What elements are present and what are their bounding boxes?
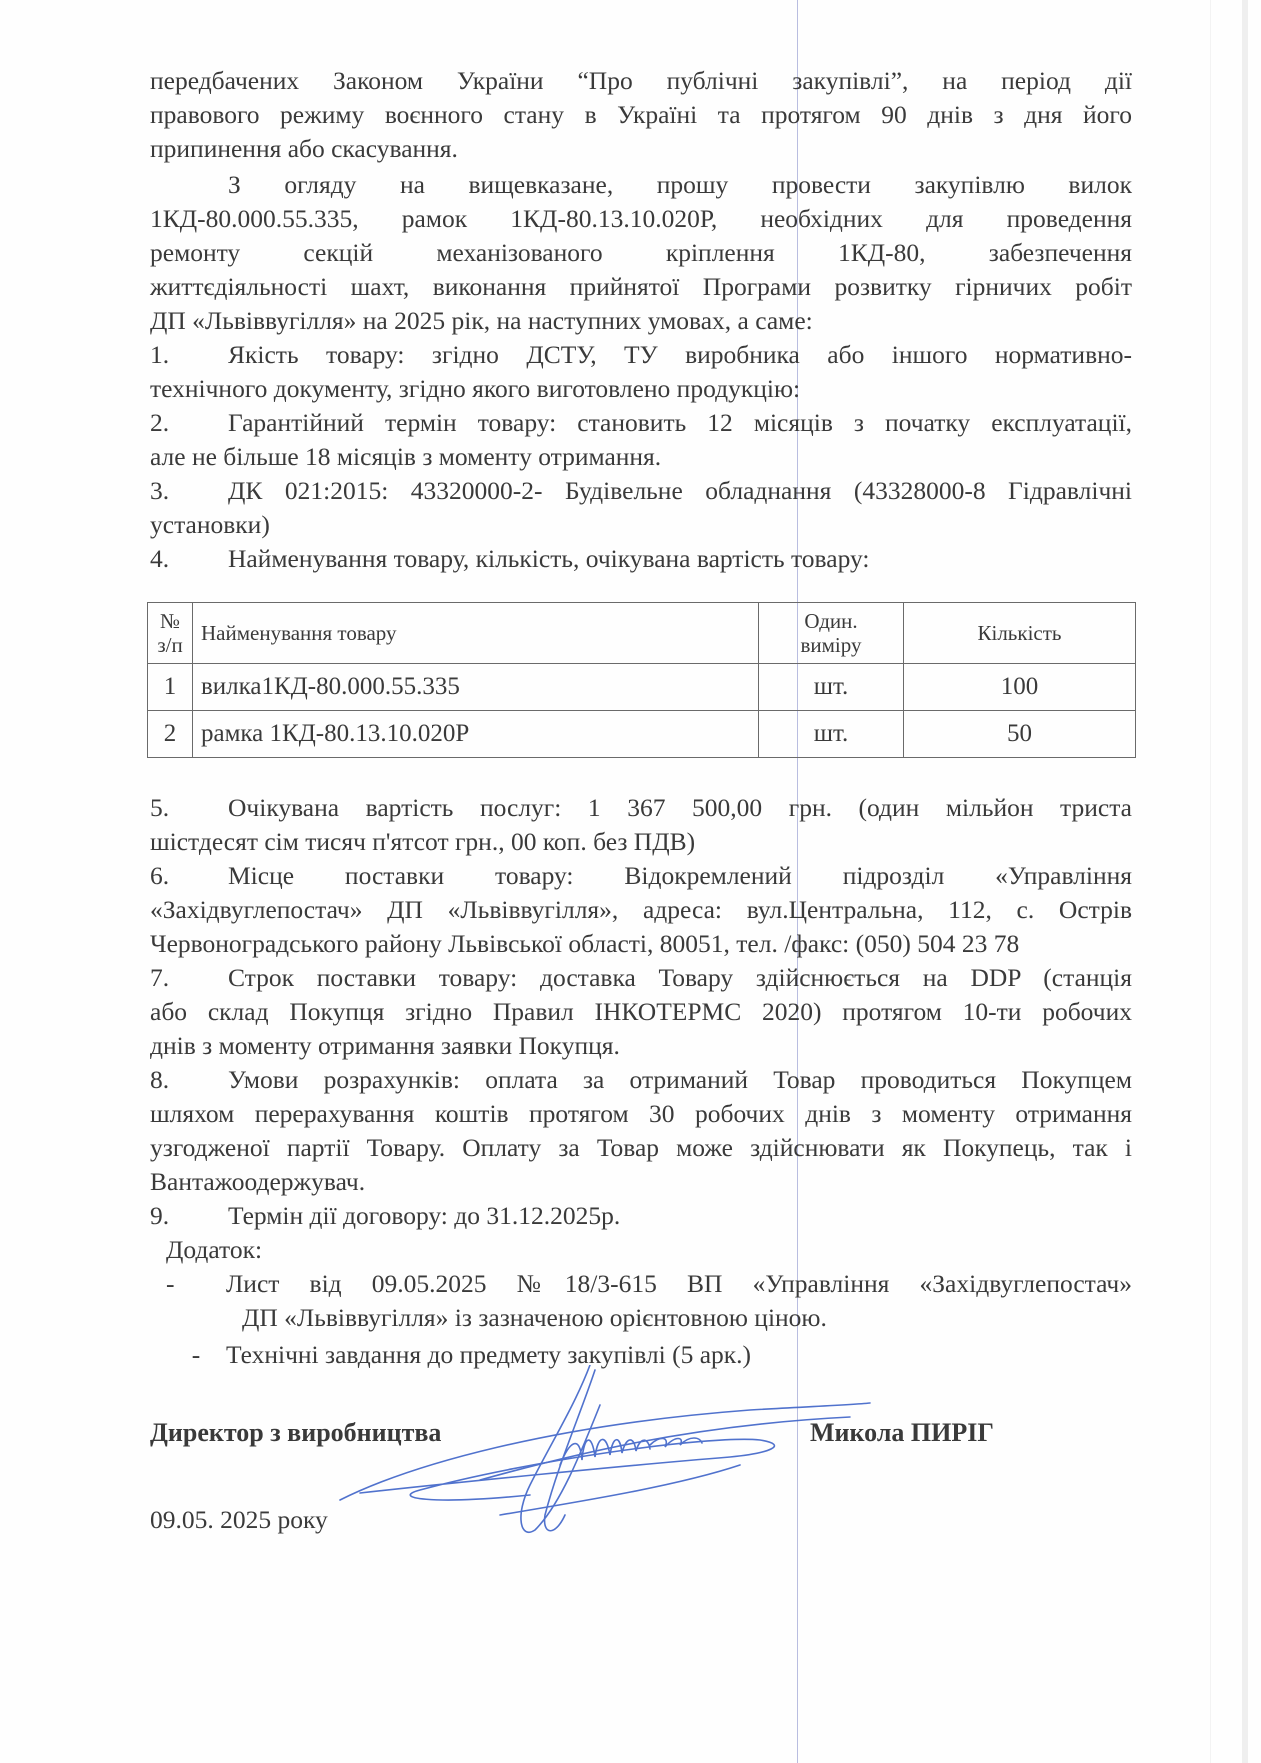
scan-artifact-line bbox=[1210, 0, 1211, 1763]
cell-num: 2 bbox=[148, 711, 193, 758]
condition-5-cont: шістдесят сім тисяч п'ятсот грн., 00 коп… bbox=[150, 827, 1132, 857]
condition-number: 5. bbox=[150, 793, 228, 823]
condition-7: 7.Строк поставки товару: доставка Товару… bbox=[150, 963, 1132, 993]
table-header-row: №з/п Найменування товару Один.виміру Кіл… bbox=[148, 603, 1136, 664]
condition-8-cont: узгодженої партії Товару. Оплату за Това… bbox=[150, 1133, 1132, 1163]
header-name: Найменування товару bbox=[193, 603, 759, 664]
cell-name: вилка1КД-80.000.55.335 bbox=[193, 664, 759, 711]
header-unit: Один.виміру bbox=[759, 603, 904, 664]
cell-name: рамка 1КД-80.13.10.020Р bbox=[193, 711, 759, 758]
cell-qty: 100 bbox=[904, 664, 1136, 711]
request-line: ДП «Львіввугілля» на 2025 рік, на наступ… bbox=[150, 306, 1132, 336]
intro-line: припинення або скасування. bbox=[150, 134, 1132, 164]
scan-artifact-edge bbox=[1242, 0, 1248, 1763]
goods-table: №з/п Найменування товару Один.виміру Кіл… bbox=[147, 602, 1136, 758]
header-qty: Кількість bbox=[904, 603, 1136, 664]
condition-7-cont: днів з моменту отримання заявки Покупця. bbox=[150, 1031, 1132, 1061]
condition-number: 4. bbox=[150, 544, 228, 574]
request-line: життєдіяльності шахт, виконання прийнято… bbox=[150, 272, 1132, 302]
cell-unit: шт. bbox=[759, 711, 904, 758]
condition-number: 8. bbox=[150, 1065, 228, 1095]
condition-number: 9. bbox=[150, 1201, 228, 1231]
bullet: - bbox=[166, 1340, 226, 1370]
condition-9: 9.Термін дії договору: до 31.12.2025р. bbox=[150, 1201, 1132, 1231]
header-num: №з/п bbox=[148, 603, 193, 664]
attachment-item-cont: ДП «Львіввугілля» із зазначеною орієнтов… bbox=[242, 1303, 1132, 1333]
cell-unit: шт. bbox=[759, 664, 904, 711]
condition-8-cont: Вантажоодержувач. bbox=[150, 1167, 1132, 1197]
condition-8-cont: шляхом перерахування коштів протягом 30 … bbox=[150, 1099, 1132, 1129]
condition-number: 7. bbox=[150, 963, 228, 993]
condition-3-cont: установки) bbox=[150, 510, 1132, 540]
condition-2-cont: але не більше 18 місяців з моменту отрим… bbox=[150, 442, 1132, 472]
table-row: 2 рамка 1КД-80.13.10.020Р шт. 50 bbox=[148, 711, 1136, 758]
bullet: - bbox=[166, 1269, 226, 1299]
intro-line: правового режиму воєнного стану в Україн… bbox=[150, 100, 1132, 130]
condition-4: 4.Найменування товару, кількість, очікув… bbox=[150, 544, 1132, 574]
condition-number: 2. bbox=[150, 408, 228, 438]
condition-7-cont: або склад Покупця згідно Правил ІНКОТЕРМ… bbox=[150, 997, 1132, 1027]
handwritten-signature-icon bbox=[330, 1365, 890, 1545]
condition-number: 6. bbox=[150, 861, 228, 891]
request-line: ремонту секцій механізованого кріплення … bbox=[150, 238, 1132, 268]
condition-number: 3. bbox=[150, 476, 228, 506]
attachment-item: -Лист від 09.05.2025 №18/3-615 ВП «Управ… bbox=[166, 1269, 1132, 1299]
condition-1-cont: технічного документу, згідно якого вигот… bbox=[150, 374, 1132, 404]
condition-2: 2.Гарантійний термін товару: становить 1… bbox=[150, 408, 1132, 438]
request-line: 1КД-80.000.55.335, рамок 1КД-80.13.10.02… bbox=[150, 204, 1132, 234]
attachment-title: Додаток: bbox=[166, 1235, 1148, 1265]
intro-line: передбачених Законом України “Про публіч… bbox=[150, 66, 1132, 96]
condition-6-cont: Червоноградського району Львівської обла… bbox=[150, 929, 1132, 959]
condition-6-cont: «Західвуглепостач» ДП «Львіввугілля», ад… bbox=[150, 895, 1132, 925]
document-page: передбачених Законом України “Про публіч… bbox=[0, 0, 1261, 1763]
condition-1: 1.Якість товару: згідно ДСТУ, ТУ виробни… bbox=[150, 340, 1132, 370]
cell-qty: 50 bbox=[904, 711, 1136, 758]
condition-3: 3.ДК 021:2015: 43320000-2- Будівельне об… bbox=[150, 476, 1132, 506]
table-row: 1 вилка1КД-80.000.55.335 шт. 100 bbox=[148, 664, 1136, 711]
request-line: З огляду на вищевказане, прошу провести … bbox=[228, 170, 1132, 200]
condition-6: 6.Місце поставки товару: Відокремлений п… bbox=[150, 861, 1132, 891]
cell-num: 1 bbox=[148, 664, 193, 711]
condition-number: 1. bbox=[150, 340, 228, 370]
condition-8: 8.Умови розрахунків: оплата за отриманий… bbox=[150, 1065, 1132, 1095]
condition-5: 5.Очікувана вартість послуг: 1 367 500,0… bbox=[150, 793, 1132, 823]
